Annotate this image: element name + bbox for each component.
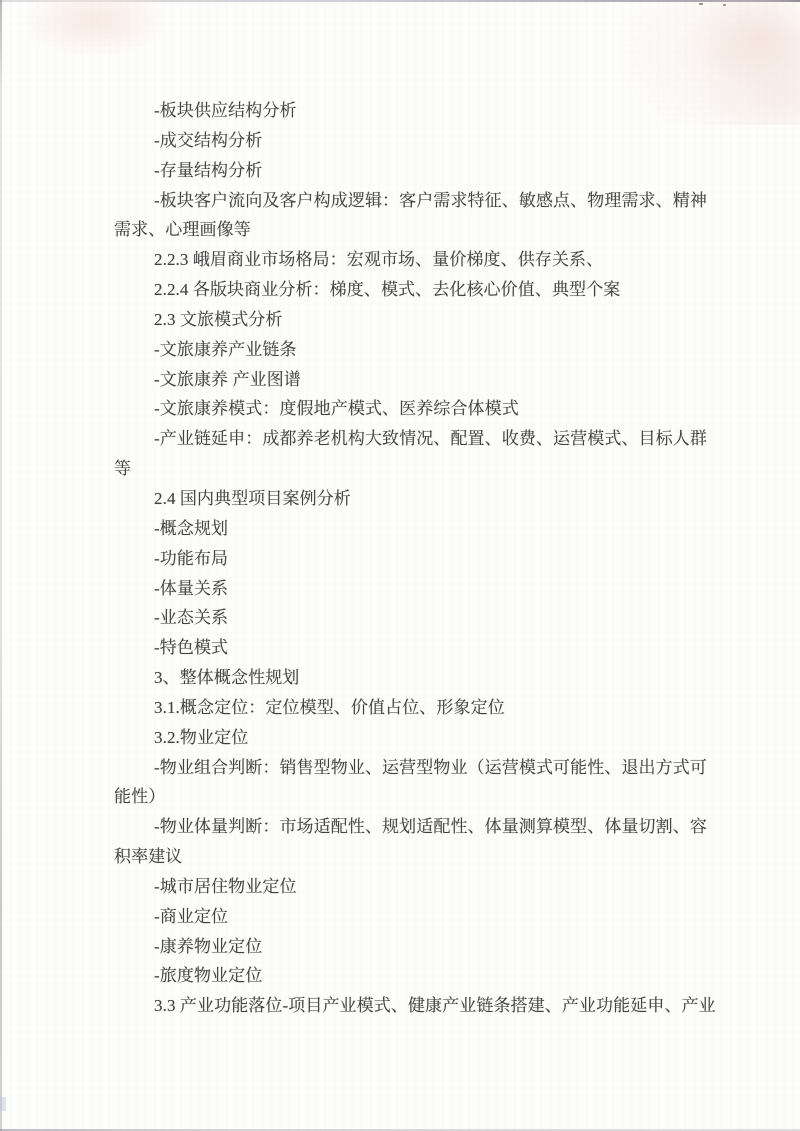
text-line: -概念规划 — [114, 514, 715, 544]
text-line: -功能布局 — [114, 544, 715, 574]
text-line: 能性） — [114, 782, 715, 812]
text-line: -物业体量判断：市场适配性、规划适配性、体量测算模型、体量切割、容 — [114, 812, 715, 842]
document-text-body: -板块供应结构分析-成交结构分析-存量结构分析-板块客户流向及客户构成逻辑：客户… — [114, 96, 715, 1021]
text-line: 3.2.物业定位 — [114, 723, 715, 753]
text-line: -产业链延申：成都养老机构大致情况、配置、收费、运营模式、目标人群 — [114, 424, 715, 454]
text-line: -板块供应结构分析 — [114, 96, 715, 126]
text-line: -物业组合判断：销售型物业、运营型物业（运营模式可能性、退出方式可 — [114, 753, 715, 783]
text-line: 3.1.概念定位：定位模型、价值占位、形象定位 — [114, 693, 715, 723]
text-line: -康养物业定位 — [114, 932, 715, 962]
scanned-document-page: { "page": { "kind": "scanned-document", … — [0, 0, 800, 1131]
scan-left-edge-line — [0, 0, 2, 1131]
text-line: 3、整体概念性规划 — [114, 663, 715, 693]
text-line: -商业定位 — [114, 902, 715, 932]
text-line: 2.4 国内典型项目案例分析 — [114, 484, 715, 514]
text-line: 3.3 产业功能落位-项目产业模式、健康产业链条搭建、产业功能延申、产业 — [114, 991, 715, 1021]
scan-speck — [723, 4, 726, 6]
scan-smudge-top-left — [25, 0, 165, 56]
scan-speck — [699, 3, 703, 5]
text-line: -文旅康养 产业图谱 — [114, 365, 715, 395]
text-line: -城市居住物业定位 — [114, 872, 715, 902]
text-line: -体量关系 — [114, 574, 715, 604]
text-line: 2.2.3 峨眉商业市场格局：宏观市场、量价梯度、供存关系、 — [114, 245, 715, 275]
text-line: -文旅康养产业链条 — [114, 335, 715, 365]
text-line: 2.2.4 各版块商业分析：梯度、模式、去化核心价值、典型个案 — [114, 275, 715, 305]
text-line: -板块客户流向及客户构成逻辑：客户需求特征、敏感点、物理需求、精神 — [114, 186, 715, 216]
text-line: 积率建议 — [114, 842, 715, 872]
text-line: -成交结构分析 — [114, 126, 715, 156]
text-line: -存量结构分析 — [114, 156, 715, 186]
text-line: 等 — [114, 454, 715, 484]
text-line: 需求、心理画像等 — [114, 215, 715, 245]
text-line: 2.3 文旅模式分析 — [114, 305, 715, 335]
text-line: -业态关系 — [114, 603, 715, 633]
text-line: -特色模式 — [114, 633, 715, 663]
text-line: -旅度物业定位 — [114, 961, 715, 991]
text-line: -文旅康养模式：度假地产模式、医养综合体模式 — [114, 394, 715, 424]
scan-mark-bottom-left — [0, 1097, 6, 1111]
